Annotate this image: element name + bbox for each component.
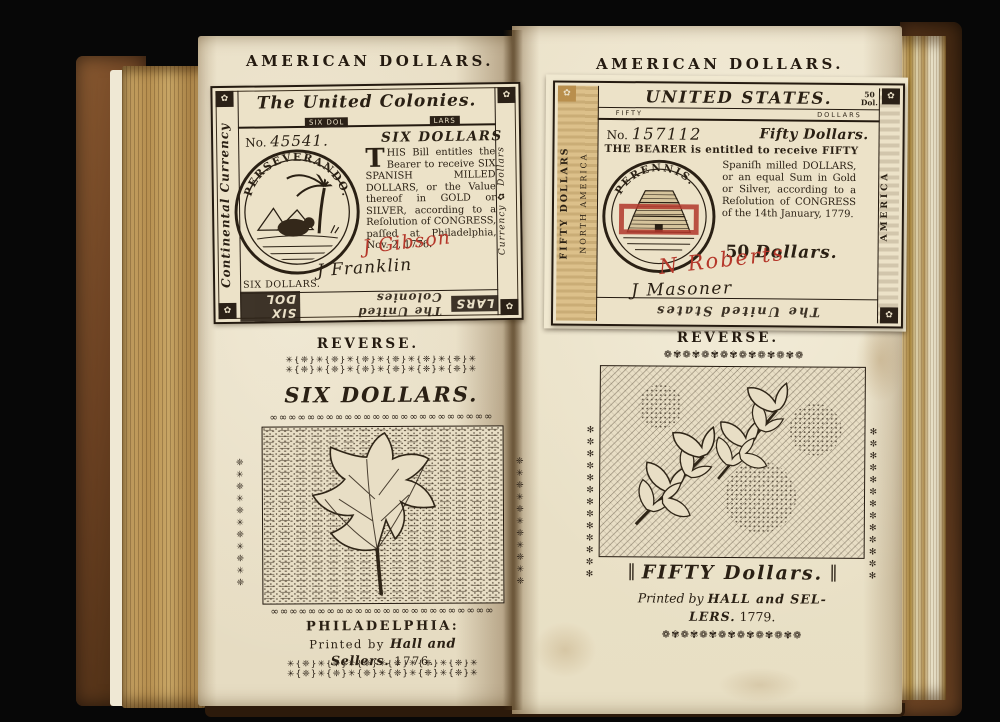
six-dollar-reverse: ✳{❈}✳{❈}✳{❈}✳{❈}✳{❈}✳{❈}✳ ✳{❈}✳{❈}✳{❈}✳{… xyxy=(232,355,532,679)
bill-right-border: Currency ✿ Dollars xyxy=(494,87,518,315)
ornament-border-left: ❈✳❈✳❈✳❈✳❈✳❈ xyxy=(234,381,249,659)
corner-ornament: ✿ xyxy=(218,303,236,319)
reverse-denomination: ‖ FIFTY Dollars. ‖ xyxy=(584,561,880,585)
denomination-text: FIFTY Dollars. xyxy=(642,561,824,584)
left-page-title: AMERICAN DOLLARS. xyxy=(230,52,510,70)
ornament-border-top: ❁✾❁✾❁✾❁✾❁✾❁✾❁✾❁ xyxy=(590,349,878,362)
reverse-label-left: REVERSE. xyxy=(288,336,448,352)
corner-ornament: ✿ xyxy=(558,86,576,102)
denomination-chip: LARS xyxy=(430,116,460,126)
border-text-vertical: NORTH AMERICA xyxy=(578,100,596,307)
six-dollar-bill: Continental Currency Currency ✿ Dollars … xyxy=(210,82,523,324)
serial-value: 157112 xyxy=(632,124,702,144)
mirrored-script: The United States xyxy=(655,302,820,318)
corner-ornament: ✿ xyxy=(497,87,515,103)
fifty-dollar-reverse: ❁✾❁✾❁✾❁✾❁✾❁✾❁✾❁ ✻✼✻✼✻✼✻✼✻✼✻✼✻ ✻✼✻✼✻✼✻✼✻✼… xyxy=(584,349,882,651)
denomination-chip: SIX DOL xyxy=(305,117,348,128)
bill-body-text: Spaniſh milled DOLLARS, or an equal Sum … xyxy=(722,160,857,221)
issuer-name: The United Colonies. xyxy=(237,90,495,114)
right-page-title: AMERICAN DOLLARS. xyxy=(565,55,875,73)
imprint-printer: HALL and SEL- xyxy=(708,591,827,607)
reverse-denomination-title: SIX DOLLARS. xyxy=(232,381,530,408)
issuer-name: UNITED STATES. xyxy=(598,87,880,108)
band-left: FIFTY xyxy=(616,109,643,117)
corner-ornament: ✿ xyxy=(882,88,900,104)
denomination-chip: LARS xyxy=(451,295,498,312)
banner-sub-band: FIFTY DOLLARS xyxy=(598,107,880,120)
chain-ornament: ∞∞∞∞∞∞∞∞∞∞∞∞∞∞∞∞∞∞∞∞∞∞∞∞ xyxy=(252,411,510,423)
ornament-border-bottom: ❁✾❁✾❁✾❁✾❁✾❁✾❁✾❁ xyxy=(588,629,876,642)
bill-top-banner: The United Colonies. SIX DOL LARS xyxy=(237,87,496,129)
no-label: No. xyxy=(607,128,628,142)
imprint-line: LERS. 1779. xyxy=(584,606,880,626)
ornament-row: ✳{❈}✳{❈}✳{❈}✳{❈}✳{❈}✳{❈}✳ xyxy=(232,365,530,376)
corner-ornament: ✿ xyxy=(880,307,898,323)
denomination-title: Fifty Dollars. xyxy=(759,126,868,143)
imprint-printed-by: Printed by xyxy=(638,590,704,605)
denomination-chip: SIX DOL xyxy=(240,290,300,321)
page-fore-edge-left xyxy=(122,66,206,708)
denomination-title: SIX DOLLARS xyxy=(381,128,503,146)
ornament-border-right: ❈✳❈✳❈✳❈✳❈✳❈ xyxy=(514,379,529,657)
imprint-year: 1779. xyxy=(740,609,776,624)
denomination-caption: SIX DOLLARS. xyxy=(243,279,320,291)
sage-leaf-nature-print xyxy=(262,425,505,604)
fifty-dollar-bill: FIFTY DOLLARS NORTH AMERICA UNITED STATE… xyxy=(551,80,905,328)
chain-ornament: ∞∞∞∞∞∞∞∞∞∞∞∞∞∞∞∞∞∞∞∞∞∞∞∞ xyxy=(253,605,511,617)
border-text-vertical: AMERICA xyxy=(879,104,899,307)
perseverando-emblem: PERSEVERANDO. xyxy=(231,146,363,278)
bill-bottom-border: SIX DOL The United Colonies LARS xyxy=(240,289,498,319)
bill-left-border: FIFTY DOLLARS NORTH AMERICA xyxy=(556,86,599,321)
imprint-line: Printed by Hall and xyxy=(234,635,532,654)
ornament-border-top: ✳{❈}✳{❈}✳{❈}✳{❈}✳{❈}✳{❈}✳ ✳{❈}✳{❈}✳{❈}✳{… xyxy=(232,355,530,376)
corner-ornament: ✿ xyxy=(215,91,233,107)
imprint-line: Printed by HALL and SEL- xyxy=(584,589,880,609)
book-photo: AMERICAN DOLLARS. AMERICAN DOLLARS. Cont… xyxy=(0,0,1000,722)
drop-cap: T xyxy=(365,148,387,170)
imprint-city: PHILADELPHIA: xyxy=(234,617,532,636)
corner-unit: Dol. xyxy=(861,98,878,107)
double-rule: ‖ xyxy=(829,563,838,583)
imprint-printer: LERS. xyxy=(689,608,736,623)
bill-right-border: AMERICA xyxy=(877,88,900,323)
ornament-row: ✳{❈}✳{❈}✳{❈}✳{❈}✳{❈}✳{❈}✳ xyxy=(234,669,532,680)
ornament-border-bottom: ✳{❈}✳{❈}✳{❈}✳{❈}✳{❈}✳{❈}✳ ✳{❈}✳{❈}✳{❈}✳{… xyxy=(234,659,532,680)
willow-leaf-nature-print xyxy=(599,365,866,559)
bill-bottom-border: The United States xyxy=(596,297,878,323)
corner-ornament: ✿ xyxy=(500,299,518,315)
imprint-printed-by: Printed by xyxy=(309,637,385,651)
double-rule: ‖ xyxy=(627,561,636,581)
corner-denomination: 50 Dol. xyxy=(861,91,878,106)
mirrored-script: The United Colonies xyxy=(310,289,442,319)
border-text-vertical: FIFTY DOLLARS xyxy=(558,96,577,311)
imprint-printer: Hall and xyxy=(390,636,456,651)
bill-top-banner: UNITED STATES. 50 Dol. FIFTY DOLLARS xyxy=(598,86,880,122)
serial-number: No. 157112 xyxy=(607,124,702,144)
imprint: Printed by HALL and SEL- LERS. 1779. xyxy=(584,589,880,626)
bill-body-line1: THE BEARER is entitled to receive FIFTY xyxy=(604,143,876,157)
band-right: DOLLARS xyxy=(817,111,862,119)
reverse-label-right: REVERSE. xyxy=(648,330,808,346)
